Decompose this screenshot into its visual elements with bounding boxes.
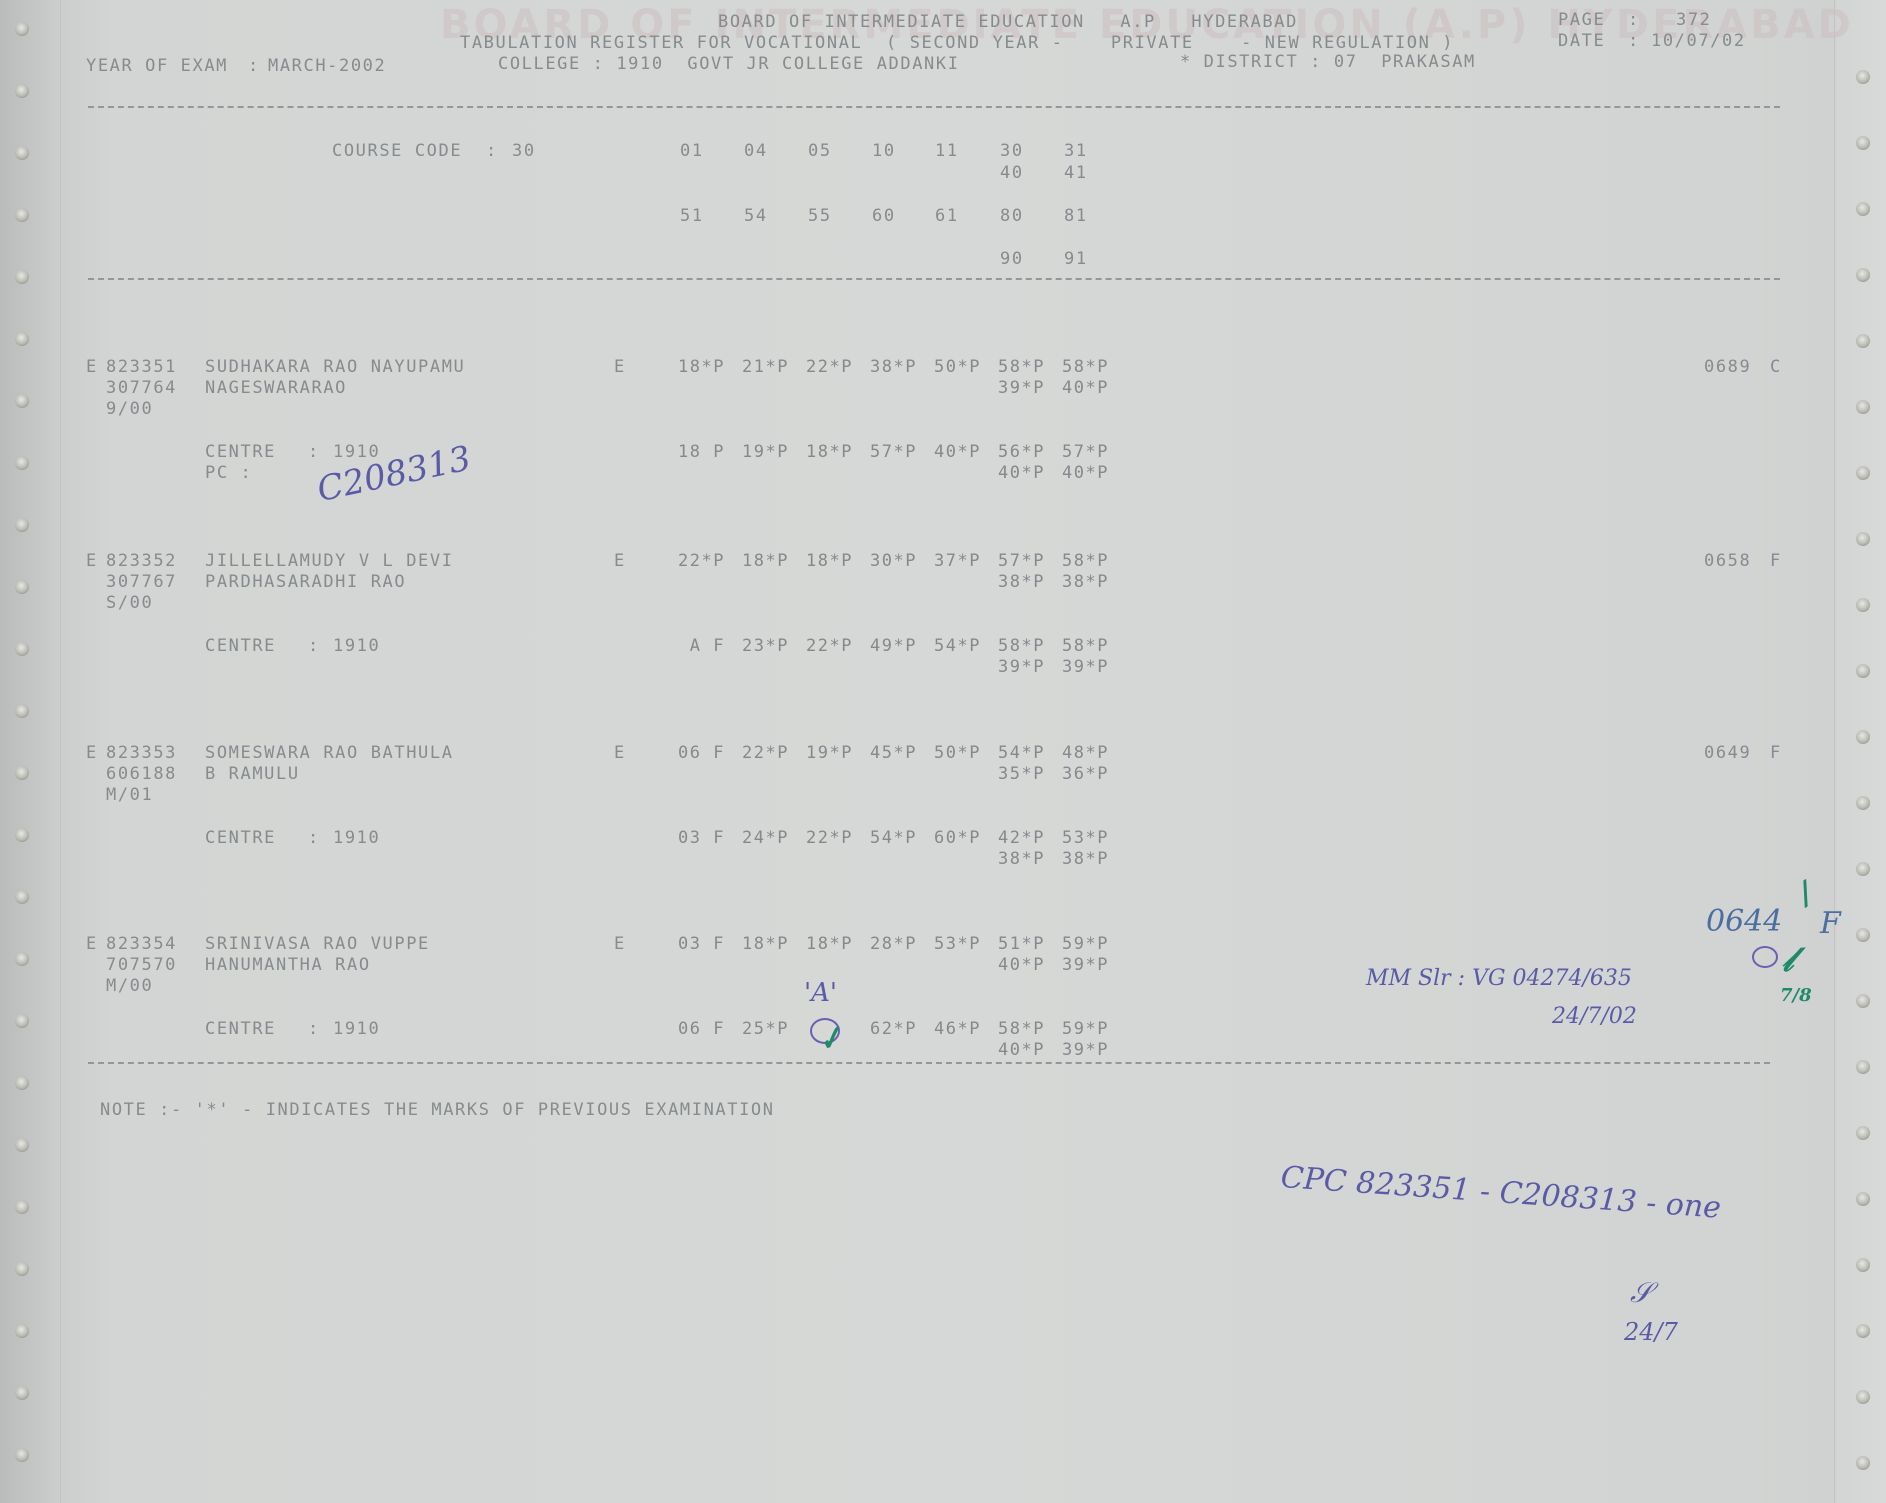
subject-mark: 39*P [1062, 657, 1109, 677]
sprocket-hole [1856, 1456, 1870, 1470]
handwritten-absent-mark: 'A' [804, 978, 837, 1008]
subject-mark: 59*P [1062, 1019, 1109, 1039]
sprocket-hole [15, 1014, 29, 1028]
sprocket-hole [1856, 994, 1870, 1008]
subject-mark: 38*P [998, 572, 1045, 592]
subject-mark: 40*P [998, 463, 1045, 483]
subject-mark: 57*P [870, 442, 917, 462]
subject-mark: 40*P [998, 955, 1045, 975]
subject-mark: 40*P [1062, 378, 1109, 398]
subject-mark: 18 P [678, 442, 725, 462]
centre-label: CENTRE [205, 828, 276, 848]
subject-mark: 40*P [1062, 463, 1109, 483]
subject-mark: 18*P [806, 442, 853, 462]
sprocket-hole [15, 642, 29, 656]
subject-mark: 58*P [998, 1019, 1045, 1039]
year-of-exam-sep: : [248, 56, 260, 76]
total-marks: 0658 [1704, 551, 1751, 571]
previous-exam: M/01 [106, 785, 153, 805]
sprocket-hole [1856, 466, 1870, 480]
father-name: HANUMANTHA RAO [205, 955, 371, 975]
circled-u-mark [1752, 946, 1778, 968]
subject-mark: 38*P [1062, 572, 1109, 592]
sprocket-hole [1856, 1126, 1870, 1140]
handwritten-corrected-result: F [1820, 906, 1841, 941]
subject-mark: 57*P [1062, 442, 1109, 462]
page-number: 372 [1676, 10, 1712, 30]
sprocket-hole [15, 1262, 29, 1276]
subject-mark: 25*P [742, 1019, 789, 1039]
subject-mark: 03 F [678, 828, 725, 848]
subject-mark: 18*P [742, 934, 789, 954]
sprocket-hole [15, 456, 29, 470]
subject-mark: 22*P [742, 743, 789, 763]
subject-mark: 35*P [998, 764, 1045, 784]
handwritten-memo-date: 24/7/02 [1552, 1004, 1637, 1029]
district-info: * DISTRICT : 07 PRAKASAM [1180, 52, 1476, 72]
sprocket-hole [1856, 268, 1870, 282]
subject-code: 01 [680, 141, 704, 161]
sprocket-hole [15, 1448, 29, 1462]
subject-mark: 39*P [1062, 1040, 1109, 1060]
record-prefix: E [86, 934, 98, 954]
subject-mark: 58*P [998, 357, 1045, 377]
subject-mark: 54*P [998, 743, 1045, 763]
subject-mark: 39*P [998, 378, 1045, 398]
subject-mark: 53*P [1062, 828, 1109, 848]
sprocket-hole [15, 518, 29, 532]
subject-code: 81 [1064, 206, 1088, 226]
hall-ticket-number: 823351 [106, 357, 177, 377]
medium: E [614, 743, 626, 763]
subject-mark: 30*P [870, 551, 917, 571]
centre-code: 1910 [333, 1019, 380, 1039]
result-code: F [1770, 551, 1782, 571]
sprocket-hole [15, 208, 29, 222]
subject-mark: 50*P [934, 357, 981, 377]
subject-mark: 06 F [678, 743, 725, 763]
previous-exam: S/00 [106, 593, 153, 613]
father-name: NAGESWARARAO [205, 378, 347, 398]
sprocket-hole [1856, 928, 1870, 942]
centre-sep: : [308, 1019, 320, 1039]
subject-mark: 54*P [870, 828, 917, 848]
subject-mark: 18*P [742, 551, 789, 571]
candidate-name: SUDHAKARA RAO NAYUPAMU [205, 357, 465, 377]
subject-mark: 58*P [1062, 357, 1109, 377]
subject-mark: 40*P [934, 442, 981, 462]
sprocket-hole [1856, 1060, 1870, 1074]
subject-code: 30 [1000, 141, 1024, 161]
centre-sep: : [308, 828, 320, 848]
subject-code: 90 [1000, 249, 1024, 269]
sprocket-hole [15, 146, 29, 160]
date-sep: : [1628, 31, 1640, 51]
subject-mark: 36*P [1062, 764, 1109, 784]
record-prefix: E [86, 743, 98, 763]
sprocket-hole [15, 1200, 29, 1214]
subject-code: 54 [744, 206, 768, 226]
handwritten-initial-date: 24/7 [1624, 1318, 1678, 1346]
green-signature-date: 7/8 [1780, 985, 1812, 1006]
subject-code: 55 [808, 206, 832, 226]
sprocket-hole [1856, 664, 1870, 678]
subject-mark: 21*P [742, 357, 789, 377]
subject-code: 10 [872, 141, 896, 161]
candidate-name: SOMESWARA RAO BATHULA [205, 743, 454, 763]
candidate-name: SRINIVASA RAO VUPPE [205, 934, 430, 954]
subject-mark: 24*P [742, 828, 789, 848]
record-prefix: E [86, 357, 98, 377]
subject-mark: 48*P [1062, 743, 1109, 763]
sprocket-hole [15, 890, 29, 904]
subject-mark: 46*P [934, 1019, 981, 1039]
previous-exam: M/00 [106, 976, 153, 996]
divider-bottom [88, 1062, 1770, 1064]
college-info: COLLEGE : 1910 GOVT JR COLLEGE ADDANKI [498, 54, 960, 74]
hall-ticket-number: 823352 [106, 551, 177, 571]
subject-code: 41 [1064, 163, 1088, 183]
medium: E [614, 357, 626, 377]
centre-code: 1910 [333, 636, 380, 656]
sprocket-hole [15, 828, 29, 842]
record-prefix: E [86, 551, 98, 571]
subject-mark: 28*P [870, 934, 917, 954]
registration-number: 606188 [106, 764, 177, 784]
centre-label: CENTRE [205, 442, 276, 462]
sprocket-hole [15, 1138, 29, 1152]
subject-code: 04 [744, 141, 768, 161]
sprocket-hole [15, 704, 29, 718]
print-date: 10/07/02 [1651, 31, 1746, 51]
page-sep: : [1628, 10, 1640, 30]
sprocket-hole [1856, 1192, 1870, 1206]
sprocket-hole [15, 270, 29, 284]
result-code: F [1770, 743, 1782, 763]
board-title: BOARD OF INTERMEDIATE EDUCATION A.P HYDE… [718, 12, 1298, 32]
year-of-exam-value: MARCH-2002 [268, 56, 386, 76]
candidate-name: JILLELLAMUDY V L DEVI [205, 551, 454, 571]
father-name: B RAMULU [205, 764, 300, 784]
sprocket-hole [1856, 136, 1870, 150]
sprocket-hole [15, 580, 29, 594]
subject-mark: 54*P [934, 636, 981, 656]
centre-sep: : [308, 442, 320, 462]
total-marks: 0649 [1704, 743, 1751, 763]
centre-code: 1910 [333, 828, 380, 848]
centre-sep: : [308, 636, 320, 656]
sprocket-hole [1856, 70, 1870, 84]
subject-mark: 40*P [998, 1040, 1045, 1060]
subject-mark: 45*P [870, 743, 917, 763]
centre-label: CENTRE [205, 1019, 276, 1039]
subject-mark: 38*P [1062, 849, 1109, 869]
sprocket-hole [15, 22, 29, 36]
sprocket-hole [15, 1324, 29, 1338]
sprocket-hole [1856, 796, 1870, 810]
register-title: TABULATION REGISTER FOR VOCATIONAL ( SEC… [460, 33, 1454, 53]
perforation-line-right [1834, 0, 1835, 1503]
registration-number: 307764 [106, 378, 177, 398]
subject-mark: 50*P [934, 743, 981, 763]
subject-mark: 18*P [678, 357, 725, 377]
subject-mark: 18*P [806, 551, 853, 571]
sprocket-hole [1856, 1324, 1870, 1338]
subject-mark: 22*P [806, 357, 853, 377]
sprocket-hole [15, 394, 29, 408]
subject-mark: 38*P [870, 357, 917, 377]
subject-mark: 57*P [998, 551, 1045, 571]
medium: E [614, 551, 626, 571]
registration-number: 307767 [106, 572, 177, 592]
subject-mark: 53*P [934, 934, 981, 954]
sprocket-hole [1856, 862, 1870, 876]
sprocket-hole [15, 84, 29, 98]
perforation-line-left [60, 0, 61, 1503]
subject-code: 60 [872, 206, 896, 226]
subject-code: 91 [1064, 249, 1088, 269]
tractor-feed-strip-right [1836, 0, 1886, 1503]
subject-mark: 18*P [806, 934, 853, 954]
divider-course [88, 278, 1780, 280]
subject-mark: 22*P [806, 636, 853, 656]
divider-top [88, 106, 1780, 108]
sprocket-hole [1856, 1390, 1870, 1404]
course-code-sep: : [486, 141, 498, 161]
subject-mark: 49*P [870, 636, 917, 656]
date-label: DATE [1558, 31, 1605, 51]
subject-code: 05 [808, 141, 832, 161]
subject-mark: 06 F [678, 1019, 725, 1039]
registration-number: 707570 [106, 955, 177, 975]
handwritten-corrected-total: 0644 [1706, 904, 1782, 939]
subject-mark: 59*P [1062, 934, 1109, 954]
subject-code: 80 [1000, 206, 1024, 226]
previous-exam: 9/00 [106, 399, 153, 419]
pc-label: PC : [205, 463, 252, 483]
subject-mark: 39*P [1062, 955, 1109, 975]
page-label: PAGE [1558, 10, 1605, 30]
subject-mark: 58*P [998, 636, 1045, 656]
subject-mark: 03 F [678, 934, 725, 954]
sprocket-hole [15, 1386, 29, 1400]
subject-mark: 37*P [934, 551, 981, 571]
sprocket-hole [1856, 202, 1870, 216]
sprocket-hole [1856, 1258, 1870, 1272]
sprocket-hole [15, 332, 29, 346]
sprocket-hole [1856, 334, 1870, 348]
subject-mark: 56*P [998, 442, 1045, 462]
subject-mark: A F [678, 636, 725, 656]
course-code-value: 30 [512, 141, 536, 161]
subject-code: 11 [935, 141, 959, 161]
subject-code: 51 [680, 206, 704, 226]
course-code-label: COURSE CODE [332, 141, 462, 161]
centre-label: CENTRE [205, 636, 276, 656]
sprocket-hole [1856, 598, 1870, 612]
subject-mark: 22*P [806, 828, 853, 848]
subject-mark: 62*P [870, 1019, 917, 1039]
subject-code: 61 [935, 206, 959, 226]
subject-code: 40 [1000, 163, 1024, 183]
result-code: C [1770, 357, 1782, 377]
subject-mark: 58*P [1062, 636, 1109, 656]
sprocket-hole [15, 766, 29, 780]
green-signature: 𝓁 [1782, 940, 1793, 980]
subject-mark: 19*P [742, 442, 789, 462]
subject-mark: 23*P [742, 636, 789, 656]
subject-code: 31 [1064, 141, 1088, 161]
sprocket-hole [1856, 532, 1870, 546]
handwritten-memo-ref: MM Slr : VG 04274/635 [1366, 966, 1632, 991]
sprocket-hole [15, 1076, 29, 1090]
subject-mark: 51*P [998, 934, 1045, 954]
hall-ticket-number: 823353 [106, 743, 177, 763]
sprocket-hole [15, 952, 29, 966]
handwritten-initial: 𝒮 [1630, 1276, 1652, 1310]
total-marks: 0689 [1704, 357, 1751, 377]
medium: E [614, 934, 626, 954]
subject-mark: 39*P [998, 657, 1045, 677]
year-of-exam-label: YEAR OF EXAM [86, 56, 228, 76]
hall-ticket-number: 823354 [106, 934, 177, 954]
sprocket-hole [1856, 400, 1870, 414]
subject-mark: 58*P [1062, 551, 1109, 571]
subject-mark: 38*P [998, 849, 1045, 869]
subject-mark: 22*P [678, 551, 725, 571]
father-name: PARDHASARADHI RAO [205, 572, 406, 592]
tractor-feed-strip-left [0, 0, 60, 1503]
sprocket-hole [1856, 730, 1870, 744]
footer-note: NOTE :- '*' - INDICATES THE MARKS OF PRE… [100, 1100, 775, 1120]
subject-mark: 42*P [998, 828, 1045, 848]
subject-mark: 19*P [806, 743, 853, 763]
subject-mark: 60*P [934, 828, 981, 848]
